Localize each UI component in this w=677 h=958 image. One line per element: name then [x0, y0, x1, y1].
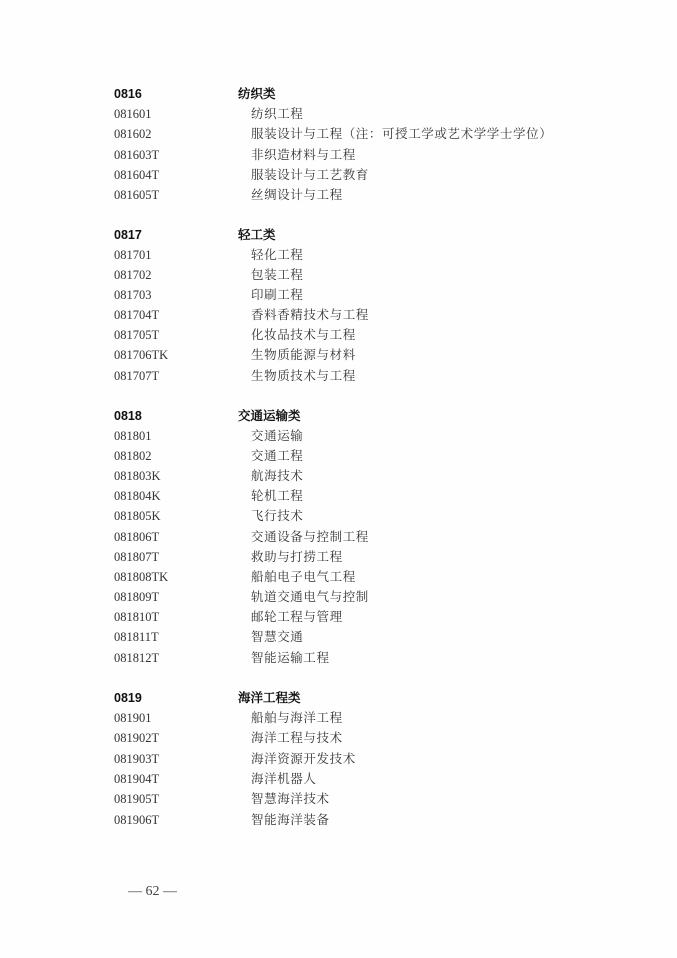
section-header: 0816 纺织类	[0, 84, 677, 104]
major-name: 非织造材料与工程	[251, 145, 356, 165]
major-code: 081902T	[114, 728, 159, 748]
list-item: 081602 服装设计与工程（注：可授工学或艺术学学士学位）	[0, 124, 677, 144]
major-code: 081604T	[114, 165, 159, 185]
major-name: 纺织工程	[251, 104, 303, 124]
section-code: 0817	[114, 225, 142, 245]
major-code: 081802	[114, 446, 152, 466]
major-name: 生物质能源与材料	[251, 345, 356, 365]
major-name: 交通工程	[251, 446, 303, 466]
major-name: 化妆品技术与工程	[251, 325, 356, 345]
major-code: 081905T	[114, 789, 159, 809]
major-name: 航海技术	[251, 466, 303, 486]
list-item: 081906T 智能海洋装备	[0, 810, 677, 830]
list-item: 081706TK 生物质能源与材料	[0, 345, 677, 365]
major-code: 081601	[114, 104, 152, 124]
major-code: 081807T	[114, 547, 159, 567]
major-code: 081602	[114, 124, 152, 144]
list-item: 081901 船舶与海洋工程	[0, 708, 677, 728]
section-code: 0819	[114, 688, 142, 708]
list-item: 081902T 海洋工程与技术	[0, 728, 677, 748]
list-item: 081805K 飞行技术	[0, 506, 677, 526]
list-item: 081705T 化妆品技术与工程	[0, 325, 677, 345]
major-code: 081812T	[114, 648, 159, 668]
major-code: 081605T	[114, 185, 159, 205]
list-item: 081806T 交通设备与控制工程	[0, 527, 677, 547]
major-name: 智慧海洋技术	[251, 789, 330, 809]
major-code: 081704T	[114, 305, 159, 325]
list-item: 081603T 非织造材料与工程	[0, 145, 677, 165]
page-number: — 62 —	[128, 882, 177, 902]
section-header: 0817 轻工类	[0, 225, 677, 245]
major-name: 轻化工程	[251, 245, 303, 265]
major-code: 081603T	[114, 145, 159, 165]
section-name: 交通运输类	[238, 406, 301, 426]
major-code: 081701	[114, 245, 152, 265]
major-name: 轮机工程	[251, 486, 303, 506]
list-item: 081707T 生物质技术与工程	[0, 366, 677, 386]
list-item: 081801 交通运输	[0, 426, 677, 446]
list-item: 081803K 航海技术	[0, 466, 677, 486]
list-item: 081703 印刷工程	[0, 285, 677, 305]
list-item: 081804K 轮机工程	[0, 486, 677, 506]
major-name: 邮轮工程与管理	[251, 607, 343, 627]
major-code: 081702	[114, 265, 152, 285]
major-code: 081904T	[114, 769, 159, 789]
major-name: 智能运输工程	[251, 648, 330, 668]
major-code: 081806T	[114, 527, 159, 547]
section-code: 0816	[114, 84, 142, 104]
section-name: 海洋工程类	[238, 688, 301, 708]
major-name: 海洋机器人	[251, 769, 317, 789]
list-item: 081808TK 船舶电子电气工程	[0, 567, 677, 587]
major-name: 交通设备与控制工程	[251, 527, 369, 547]
major-code: 081707T	[114, 366, 159, 386]
major-code: 081811T	[114, 627, 159, 647]
major-name: 海洋工程与技术	[251, 728, 343, 748]
major-name: 智能海洋装备	[251, 810, 330, 830]
major-name: 包装工程	[251, 265, 303, 285]
major-name: 丝绸设计与工程	[251, 185, 343, 205]
major-name: 海洋资源开发技术	[251, 749, 356, 769]
major-code: 081706TK	[114, 345, 168, 365]
major-name: 服装设计与工程（注：可授工学或艺术学学士学位）	[251, 124, 552, 144]
major-code: 081903T	[114, 749, 159, 769]
major-name: 船舶与海洋工程	[251, 708, 343, 728]
document-page: 0816 纺织类 081601 纺织工程 081602 服装设计与工程（注：可授…	[0, 0, 677, 958]
major-name: 生物质技术与工程	[251, 366, 356, 386]
major-name: 轨道交通电气与控制	[251, 587, 369, 607]
section-header: 0818 交通运输类	[0, 406, 677, 426]
major-name: 救助与打捞工程	[251, 547, 343, 567]
section-code: 0818	[114, 406, 142, 426]
major-name: 交通运输	[251, 426, 303, 446]
major-code: 081809T	[114, 587, 159, 607]
major-name: 印刷工程	[251, 285, 303, 305]
major-code: 081705T	[114, 325, 159, 345]
list-item: 081903T 海洋资源开发技术	[0, 749, 677, 769]
major-code: 081703	[114, 285, 152, 305]
major-name: 香料香精技术与工程	[251, 305, 369, 325]
section-name: 轻工类	[238, 225, 276, 245]
section-name: 纺织类	[238, 84, 276, 104]
major-code: 081810T	[114, 607, 159, 627]
major-code: 081805K	[114, 506, 161, 526]
list-item: 081811T 智慧交通	[0, 627, 677, 647]
list-item: 081704T 香料香精技术与工程	[0, 305, 677, 325]
list-item: 081904T 海洋机器人	[0, 769, 677, 789]
list-item: 081809T 轨道交通电气与控制	[0, 587, 677, 607]
list-item: 081701 轻化工程	[0, 245, 677, 265]
list-item: 081905T 智慧海洋技术	[0, 789, 677, 809]
list-item: 081812T 智能运输工程	[0, 648, 677, 668]
major-name: 服装设计与工艺教育	[251, 165, 369, 185]
major-code: 081804K	[114, 486, 161, 506]
section-header: 0819 海洋工程类	[0, 688, 677, 708]
list-item: 081810T 邮轮工程与管理	[0, 607, 677, 627]
major-code: 081808TK	[114, 567, 168, 587]
major-code: 081803K	[114, 466, 161, 486]
list-item: 081807T 救助与打捞工程	[0, 547, 677, 567]
list-item: 081604T 服装设计与工艺教育	[0, 165, 677, 185]
major-name: 智慧交通	[251, 627, 303, 647]
list-item: 081601 纺织工程	[0, 104, 677, 124]
list-item: 081605T 丝绸设计与工程	[0, 185, 677, 205]
major-name: 船舶电子电气工程	[251, 567, 356, 587]
major-name: 飞行技术	[251, 506, 303, 526]
list-item: 081802 交通工程	[0, 446, 677, 466]
major-code: 081906T	[114, 810, 159, 830]
major-code: 081901	[114, 708, 152, 728]
major-code: 081801	[114, 426, 152, 446]
list-item: 081702 包装工程	[0, 265, 677, 285]
